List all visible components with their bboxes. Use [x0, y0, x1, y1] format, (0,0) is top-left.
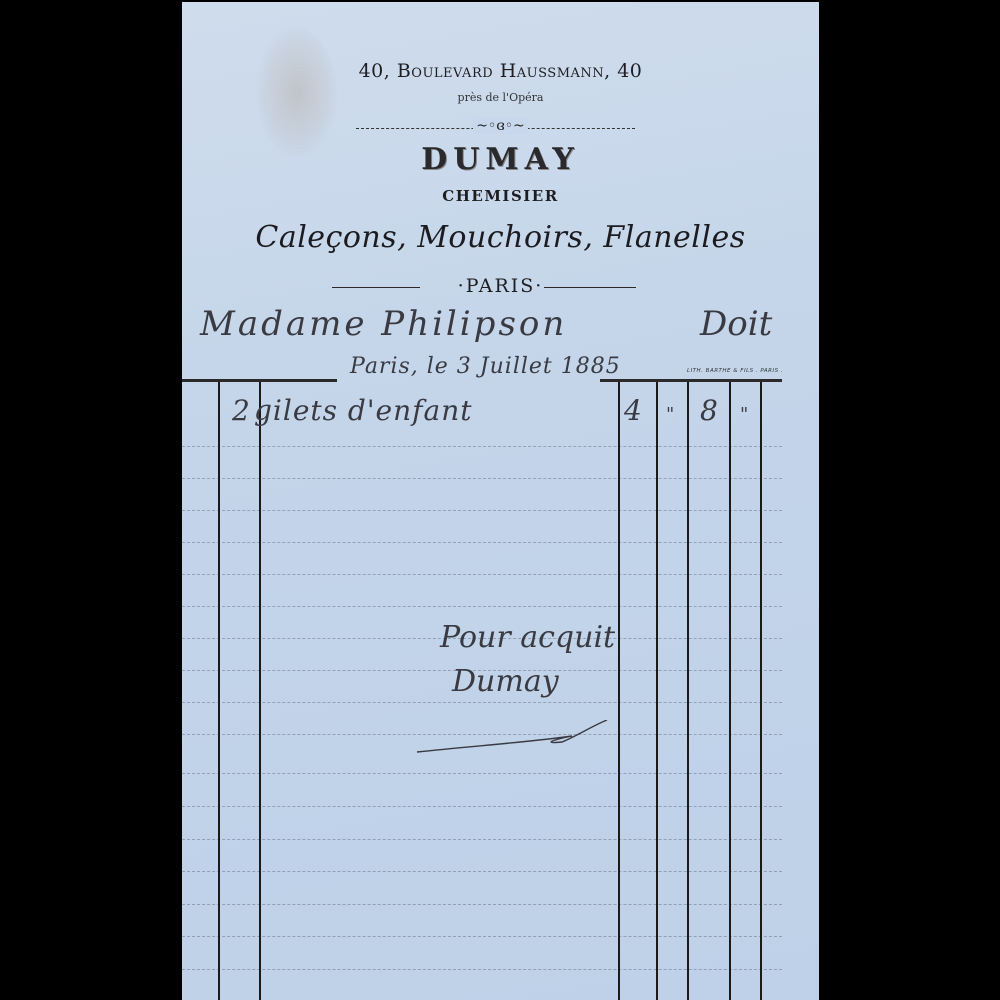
line-item-separator-2: " — [740, 404, 748, 425]
line-item-separator-1: " — [666, 404, 674, 425]
line-item-quantity: 2 — [232, 394, 250, 427]
ledger-line — [182, 806, 782, 807]
line-item-amount-1: 4 — [624, 394, 642, 427]
column-rule-amount-3 — [687, 382, 689, 1000]
ledger-line — [182, 542, 782, 543]
ledger-line — [182, 969, 782, 970]
ledger-line — [182, 871, 782, 872]
ledger-line — [182, 446, 782, 447]
ledger-line — [182, 702, 782, 703]
ledger-line — [182, 606, 782, 607]
invoice-date: Paris, le 3 Juillet 1885 — [350, 354, 621, 379]
signature-flourish-icon — [412, 720, 612, 760]
brand-name: DUMAY — [182, 142, 819, 177]
line-item-amount-2: 8 — [700, 394, 718, 427]
letterhead-location-note: près de l'Opéra — [182, 91, 819, 104]
letterhead-address: 40, Boulevard Haussmann, 40 — [182, 60, 819, 82]
line-item-description: gilets d'enfant — [254, 394, 473, 427]
invoice-paper: 40, Boulevard Haussmann, 40 près de l'Op… — [182, 2, 819, 1000]
table-header-rule-right — [600, 379, 782, 382]
payment-acknowledgement: Pour acquit — [440, 620, 615, 655]
ledger-line — [182, 574, 782, 575]
printer-credit: LITH. BARTHE & FILS . PARIS . — [687, 368, 783, 374]
signature: Dumay — [452, 664, 559, 699]
brand-products: Caleçons, Mouchoirs, Flanelles — [182, 220, 819, 255]
letterhead-city: ·PARIS· — [182, 275, 819, 297]
ledger-line — [182, 904, 782, 905]
ledger-line — [182, 773, 782, 774]
ledger-line — [182, 510, 782, 511]
column-rule-amount-5 — [760, 382, 762, 1000]
ledger-line — [182, 478, 782, 479]
column-rule-quantity — [218, 382, 220, 1000]
brand-trade: CHEMISIER — [182, 187, 819, 205]
column-rule-amount-1 — [618, 382, 620, 1000]
column-rule-amount-4 — [729, 382, 731, 1000]
ledger-line — [182, 936, 782, 937]
ledger-line — [182, 839, 782, 840]
customer-name: Madame Philipson — [200, 304, 567, 344]
ornament-flourish-icon: ~◦ɞ◦~ — [182, 118, 819, 134]
owes-label: Doit — [700, 304, 772, 344]
column-rule-description — [259, 382, 261, 1000]
column-rule-amount-2 — [656, 382, 658, 1000]
